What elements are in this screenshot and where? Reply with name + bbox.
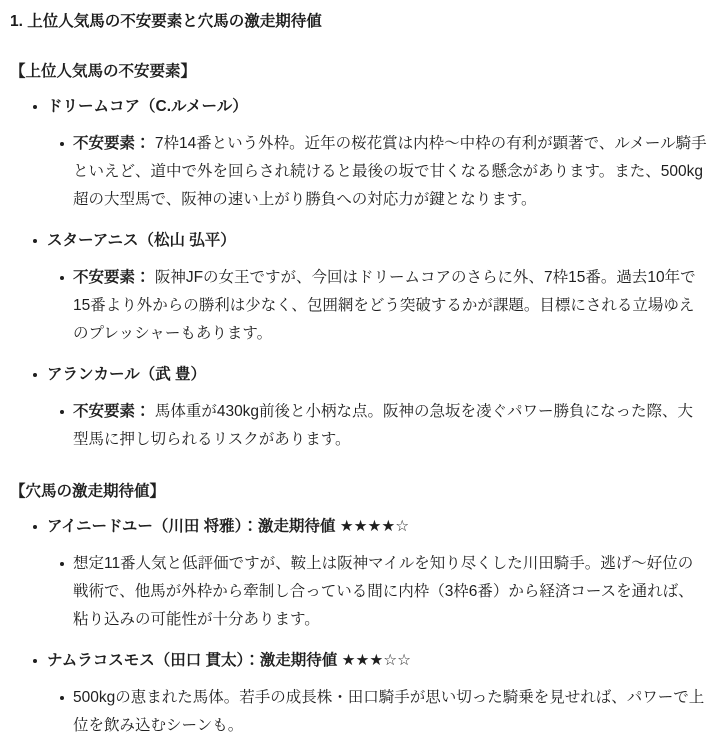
bullet-icon: [33, 239, 37, 243]
detail-text: 500kgの恵まれた馬体。若手の成長株・田口騎手が思い切った騎乗を見せれば、パワ…: [73, 689, 704, 734]
page-title: 1. 上位人気馬の不安要素と穴馬の激走期待値: [10, 12, 707, 32]
detail-item: 500kgの恵まれた馬体。若手の成長株・田口騎手が思い切った騎乗を見せれば、パワ…: [47, 684, 707, 738]
bullet-icon: [60, 696, 64, 700]
document: 1. 上位人気馬の不安要素と穴馬の激走期待値 【上位人気馬の不安要素】 ドリーム…: [0, 0, 717, 738]
detail-text: 馬体重が430kg前後と小柄な点。阪神の急坂を凌ぐパワー勝負になった際、大型馬に…: [73, 403, 693, 448]
list-item-horse: アランカール（武 豊） 不安要素： 馬体重が430kg前後と小柄な点。阪神の急坂…: [10, 361, 707, 454]
bullet-icon: [33, 105, 37, 109]
list-item-horse: ドリームコア（C.ルメール） 不安要素： 7枠14番という外枠。近年の桜花賞は内…: [10, 93, 707, 214]
detail-item: 想定11番人気と低評価ですが、鞍上は阪神マイルを知り尽くした川田騎手。逃げ～好位…: [47, 550, 707, 634]
section-label-top-favorites: 【上位人気馬の不安要素】: [10, 58, 707, 86]
detail-text: 想定11番人気と低評価ですが、鞍上は阪神マイルを知り尽くした川田騎手。逃げ～好位…: [73, 555, 694, 628]
detail-label: 不安要素：: [73, 135, 151, 152]
list-item-horse: スターアニス（松山 弘平） 不安要素： 阪神JFの女王ですが、今回はドリームコア…: [10, 227, 707, 348]
detail-item: 不安要素： 阪神JFの女王ですが、今回はドリームコアのさらに外、7枠15番。過去…: [47, 264, 707, 348]
bullet-icon: [33, 373, 37, 377]
dark-horses-list: アイニードユー（川田 将雅）：激走期待値 ★★★★☆ 想定11番人気と低評価です…: [10, 513, 707, 738]
section-label-dark-horses: 【穴馬の激走期待値】: [10, 478, 707, 506]
detail-item: 不安要素： 7枠14番という外枠。近年の桜花賞は内枠～中枠の有利が顕著で、ルメー…: [47, 130, 707, 214]
horse-title-with-rating: ナムラコスモス（田口 貫太）：激走期待値 ★★★☆☆: [47, 647, 707, 675]
detail-label: 不安要素：: [73, 269, 151, 286]
list-item-horse: ナムラコスモス（田口 貫太）：激走期待値 ★★★☆☆ 500kgの恵まれた馬体。…: [10, 647, 707, 738]
horse-title: スターアニス（松山 弘平）: [47, 227, 707, 255]
detail-item: 不安要素： 馬体重が430kg前後と小柄な点。阪神の急坂を凌ぐパワー勝負になった…: [47, 398, 707, 454]
bullet-icon: [60, 142, 64, 146]
bullet-icon: [60, 410, 64, 414]
horse-title: アランカール（武 豊）: [47, 361, 707, 389]
list-item-horse: アイニードユー（川田 将雅）：激走期待値 ★★★★☆ 想定11番人気と低評価です…: [10, 513, 707, 634]
horse-title: ドリームコア（C.ルメール）: [47, 93, 707, 121]
detail-label: 不安要素：: [73, 403, 151, 420]
horse-title-with-rating: アイニードユー（川田 将雅）：激走期待値 ★★★★☆: [47, 513, 707, 541]
bullet-icon: [60, 276, 64, 280]
bullet-icon: [33, 525, 37, 529]
detail-text: 阪神JFの女王ですが、今回はドリームコアのさらに外、7枠15番。過去10年で15…: [73, 269, 696, 342]
bullet-icon: [60, 562, 64, 566]
bullet-icon: [33, 659, 37, 663]
favorites-list: ドリームコア（C.ルメール） 不安要素： 7枠14番という外枠。近年の桜花賞は内…: [10, 93, 707, 454]
detail-text: 7枠14番という外枠。近年の桜花賞は内枠～中枠の有利が顕著で、ルメール騎手といえ…: [73, 135, 707, 208]
